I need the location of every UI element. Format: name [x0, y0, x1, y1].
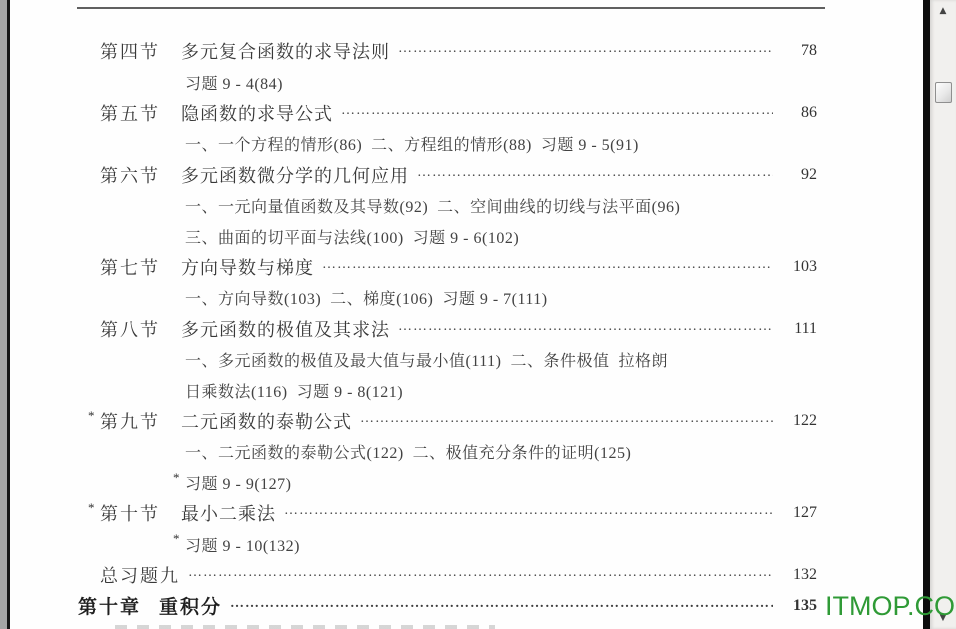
table-of-contents: 第四节 多元复合函数的求导法则 …………………………………………………………………: [10, 36, 923, 621]
toc-sub-text: 习题 9 - 10(132): [185, 533, 300, 556]
dot-leader: ……………………………………………………………………………………………………………: [417, 165, 773, 181]
toc-subrow: 一、一元向量值函数及其导数(92) 二、空间曲线的切线与法平面(96): [10, 190, 923, 221]
toc-page-number: 132: [783, 566, 817, 584]
toc-page-number: 135: [783, 597, 817, 615]
toc-page-number: 78: [783, 42, 817, 60]
toc-sub-text: 日乘数法(116) 习题 9 - 8(121): [185, 379, 403, 402]
toc-sub-text: 一、二元函数的泰勒公式(122) 二、极值充分条件的证明(125): [185, 440, 631, 463]
toc-row: 第六节 多元函数微分学的几何应用 ………………………………………………………………: [10, 159, 923, 190]
itmop-watermark: ITMOP.COM: [825, 591, 956, 622]
toc-row: * 第九节 二元函数的泰勒公式 …………………………………………………………………: [10, 406, 923, 437]
toc-sub-text: 一、多元函数的极值及最大值与最小值(111) 二、条件极值 拉格朗: [185, 348, 668, 371]
toc-chapter-label: 第十章: [78, 592, 141, 619]
toc-page-number: 122: [783, 412, 817, 430]
scanned-toc-page: 第四节 多元复合函数的求导法则 …………………………………………………………………: [10, 0, 923, 629]
dot-leader: ……………………………………………………………………………………………………………: [284, 503, 773, 519]
toc-section-label: 第九节: [100, 408, 181, 434]
toc-section-label: 第十节: [100, 500, 181, 526]
toc-row-review-exercises: 总习题九 ………………………………………………………………………………………………: [10, 560, 923, 591]
viewer-window: 第四节 多元复合函数的求导法则 …………………………………………………………………: [0, 0, 956, 629]
toc-section-title: 多元复合函数的求导法则: [181, 38, 390, 64]
toc-page-number: 127: [783, 504, 817, 522]
toc-section-label: 第五节: [100, 100, 181, 126]
toc-subrow: * 习题 9 - 9(127): [10, 467, 923, 498]
dot-leader: ……………………………………………………………………………………………………………: [322, 257, 773, 273]
toc-chapter-title: 重积分: [159, 592, 222, 619]
scrollbar-thumb[interactable]: [935, 82, 952, 103]
dot-leader: ……………………………………………………………………………………………………………: [188, 565, 773, 581]
toc-row: * 第十节 最小二乘法 ……………………………………………………………………………: [10, 498, 923, 529]
toc-page-number: 111: [783, 320, 817, 338]
page-right-border: [923, 0, 930, 629]
toc-page-number: 103: [783, 258, 817, 276]
dot-leader: ……………………………………………………………………………………………………………: [230, 596, 773, 612]
page-left-margin-strip: [0, 0, 7, 629]
toc-section-title: 方向导数与梯度: [181, 254, 314, 280]
toc-section-title: 隐函数的求导公式: [181, 100, 333, 126]
vertical-scrollbar[interactable]: ▲ ▼: [930, 0, 956, 629]
footnote-star-marker: *: [88, 500, 100, 516]
scroll-up-arrow-icon[interactable]: ▲: [930, 3, 956, 19]
toc-sub-text: 一、一元向量值函数及其导数(92) 二、空间曲线的切线与法平面(96): [185, 194, 680, 217]
toc-chapter-row: 第十章 重积分 ………………………………………………………………………………………: [10, 590, 923, 621]
dot-leader: ……………………………………………………………………………………………………………: [398, 319, 773, 335]
toc-sub-text: 习题 9 - 9(127): [185, 471, 292, 494]
header-rule: [77, 7, 825, 9]
toc-section-label: 第六节: [100, 162, 181, 188]
toc-page-number: 86: [783, 104, 817, 122]
toc-row: 第四节 多元复合函数的求导法则 …………………………………………………………………: [10, 36, 923, 67]
toc-row: 第八节 多元函数的极值及其求法 …………………………………………………………………: [10, 313, 923, 344]
toc-section-title: 最小二乘法: [181, 500, 276, 526]
toc-page-number: 92: [783, 166, 817, 184]
toc-section-title: 总习题九: [100, 562, 180, 588]
dot-leader: ……………………………………………………………………………………………………………: [341, 103, 773, 119]
toc-subrow: 一、多元函数的极值及最大值与最小值(111) 二、条件极值 拉格朗: [10, 344, 923, 375]
toc-row: 第七节 方向导数与梯度 ……………………………………………………………………………: [10, 252, 923, 283]
toc-sub-text: 一、方向导数(103) 二、梯度(106) 习题 9 - 7(111): [185, 286, 548, 309]
toc-subrow: 三、曲面的切平面与法线(100) 习题 9 - 6(102): [10, 221, 923, 252]
toc-subrow: 一、二元函数的泰勒公式(122) 二、极值充分条件的证明(125): [10, 436, 923, 467]
toc-sub-text: 习题 9 - 4(84): [185, 71, 283, 94]
toc-section-title: 多元函数的极值及其求法: [181, 316, 390, 342]
toc-subrow: 习题 9 - 4(84): [10, 67, 923, 98]
toc-section-label: 第四节: [100, 38, 181, 64]
toc-subrow: 日乘数法(116) 习题 9 - 8(121): [10, 375, 923, 406]
toc-subrow: * 习题 9 - 10(132): [10, 529, 923, 560]
footnote-star-marker: *: [173, 470, 185, 486]
toc-section-title: 多元函数微分学的几何应用: [181, 162, 409, 188]
toc-sub-text: 一、一个方程的情形(86) 二、方程组的情形(88) 习题 9 - 5(91): [185, 132, 639, 155]
cutoff-next-line: [115, 625, 495, 629]
toc-section-title: 二元函数的泰勒公式: [181, 408, 352, 434]
footnote-star-marker: *: [88, 408, 100, 424]
toc-subrow: 一、一个方程的情形(86) 二、方程组的情形(88) 习题 9 - 5(91): [10, 128, 923, 159]
dot-leader: ……………………………………………………………………………………………………………: [398, 41, 773, 57]
toc-sub-text: 三、曲面的切平面与法线(100) 习题 9 - 6(102): [185, 225, 519, 248]
dot-leader: ……………………………………………………………………………………………………………: [360, 411, 773, 427]
toc-section-label: 第七节: [100, 254, 181, 280]
toc-subrow: 一、方向导数(103) 二、梯度(106) 习题 9 - 7(111): [10, 282, 923, 313]
toc-section-label: 第八节: [100, 316, 181, 342]
footnote-star-marker: *: [173, 531, 185, 547]
toc-row: 第五节 隐函数的求导公式 …………………………………………………………………………: [10, 98, 923, 129]
